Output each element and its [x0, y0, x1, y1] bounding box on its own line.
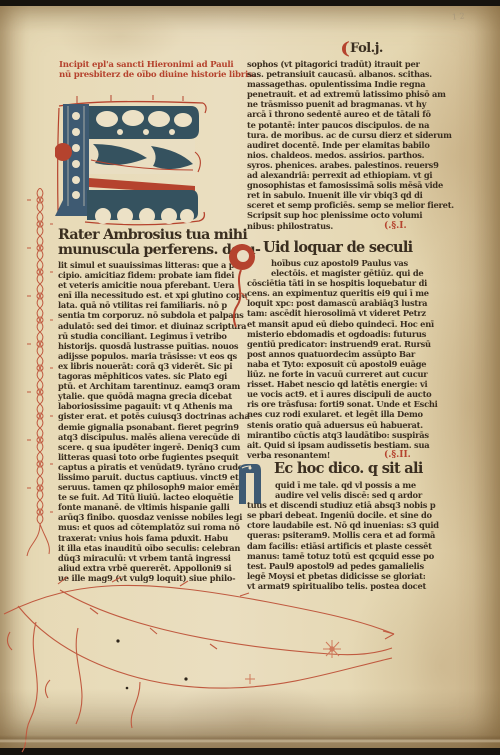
- text-line: massagethas. opulentissima Indie regna: [247, 79, 433, 89]
- text-line: gnosophistas et famosissimā solis mēsā v…: [247, 180, 433, 190]
- text-line: risset. Habet nescio qd latētis energie:…: [247, 379, 433, 389]
- text-line: liūz. ne forte in vacuū curreret aut cuc…: [247, 369, 433, 379]
- left-column-heading: Rater Ambrosius tua mihi munuscula perfe…: [58, 228, 244, 259]
- text-line: et mansit apud eū diebo quindecī. Hoc en…: [247, 319, 433, 329]
- text-line: cens. an expimentuz queritis ei9 qui ī m…: [247, 288, 433, 298]
- text-line: te potantē: inter paucos discipulos. de …: [247, 120, 433, 130]
- text-line: audiret docentē. Inde per elamitas babil…: [247, 140, 433, 150]
- heading-line: munuscula perferens. detu-: [58, 243, 244, 258]
- text-line: queras: psiteram9. Mollis cera et ad for…: [247, 530, 433, 540]
- text-line: tuus et discendi studiuz etiā absq3 nobi…: [247, 500, 433, 510]
- text-line: captus a piratis et venūdat9. tyrāno cru…: [58, 462, 244, 472]
- text-line: mirantibo cūctis atq3 laudātibo: suspirā…: [247, 430, 433, 440]
- text-line: Scripsit sup hoc plenissime octo volumi: [247, 210, 433, 220]
- text-line: nios. chaldeos. medos. assirios. parthos…: [247, 150, 433, 160]
- illuminated-initial-f: [55, 94, 207, 232]
- text-line: cōsciētia tāti in se hospitis loquebatur…: [247, 278, 433, 288]
- text-line: it illa etas inauditū oībo seculis: cele…: [58, 543, 244, 553]
- text-line: audire vel velis discē: sed q ardor: [275, 490, 433, 500]
- text-line: dam facilis: etiāsi artificis et plaste …: [247, 541, 433, 551]
- text-line: stenis oratio quā aduersus eū habuerat.: [247, 420, 433, 430]
- parchment-page: ( Fol.j. 1 2 Incipit epl'a sancti Hieron…: [0, 6, 500, 748]
- text-line: loquit xpc: post damascū arabiāq3 lustra: [247, 298, 433, 308]
- text-line: ytalie. que quōdā magna grecia dicebat: [58, 391, 244, 401]
- folio-mark: ( Fol.j.: [341, 41, 383, 57]
- text-line: fonte mananē. de vltimis hispanie galli: [58, 502, 244, 512]
- text-line: demie gignalia psonabant. fieret pegrin9: [58, 422, 244, 432]
- text-line: ris ore trāsfusa: forti9 sonat. Unde et …: [247, 399, 433, 409]
- text-line: cipio. amicitiaz fidem: probate iam fide…: [58, 270, 244, 280]
- margin-penwork-decoration: [25, 188, 55, 560]
- left-column-text: lit simul et suauissimas litteras: que a…: [58, 260, 244, 583]
- text-line: nes cuz rodi exularet. et legēt illa Dem…: [247, 409, 433, 419]
- text-line: tagoras mēphiticos vates. sic Plato egi: [58, 371, 244, 381]
- incipit-line: nū presbiterz de oībo diuine historie li…: [59, 71, 259, 81]
- text-line: tam: ascēdit hierosolimā vt videret Petr…: [247, 308, 433, 318]
- pencil-annotation: 1 2: [452, 11, 466, 21]
- section-2-heading: Uid loquar de seculi: [247, 239, 433, 256]
- text-line: hoībus cuz apostol9 Paulus vas: [271, 258, 433, 268]
- text-line: ait. Quid si ipsam audissetis bestiam. s…: [247, 440, 433, 450]
- text-line: lissimo paruit. ductus captiuus. vinct9 …: [58, 472, 244, 482]
- text-line: misterio ebdomadis et ogdoadis: futurus: [247, 329, 433, 339]
- text-line: gentiū predicator: instruend9 erat. Rurs…: [247, 339, 433, 349]
- text-line: adulatō: sed dei timor. et diuinaz scrip…: [58, 321, 244, 331]
- heading-line: Ec hoc dico. q sit ali: [274, 460, 433, 477]
- text-line: scere. q sua ipudēter ingerē. Deniq3 cum: [58, 442, 244, 452]
- text-line: electōis. et magister gētiūz. qui de: [271, 268, 433, 278]
- text-line: traxerat: vnius hois fama pduxit. Habu: [58, 533, 244, 543]
- text-line: sentia tm corporuz. nō subdola et palpan…: [58, 310, 244, 320]
- text-line: penetrauit. et ad extremū latissimo phis…: [247, 89, 433, 99]
- right-column-paragraph-1: sophos (vt pitagorici tradūt) itrauit pe…: [247, 59, 433, 231]
- section-mark-2: (.§.II.: [384, 450, 411, 460]
- text-line: ue vocis act9. et ī aures discipuli de a…: [247, 389, 433, 399]
- text-line: se pbari debeat. Ingeniū docile. et sine…: [247, 510, 433, 520]
- right-column-paragraph-2: hoībus cuz apostol9 Paulus vaselectōis. …: [247, 258, 433, 460]
- text-line: ex libris nouerāt: corā q3 viderēt. Sic …: [58, 361, 244, 371]
- text-line: quid ī me tale. qd vl possis a me: [275, 480, 433, 490]
- section-mark-1: (.§.I.: [384, 221, 407, 231]
- book-photograph: { "folio": { "pilcrow": "(", "label": "F…: [0, 0, 500, 755]
- text-line: adijsse populos. maria trāsisse: vt eos …: [58, 351, 244, 361]
- text-line: litteras quasi toto orbe fugientes psequ…: [58, 452, 244, 462]
- text-line: tura. de moribus. ac de cursu dierz et s…: [247, 130, 433, 140]
- text-line: arcā ī throno sedentē aureo et de tātali…: [247, 109, 433, 119]
- section-3-heading: Ec hoc dico. q sit ali: [247, 460, 433, 477]
- text-line: seruus. tamen qz philosoph9 maior emēn: [58, 482, 244, 492]
- text-line: sophos (vt pitagorici tradūt) itrauit pe…: [247, 59, 433, 69]
- rubric-paragraph-icon: (: [340, 41, 350, 57]
- text-line: ne trāsmisso puenit ad bragmanas. vt hy: [247, 99, 433, 109]
- text-line: sceret et semp proficiēs. semp se melior…: [247, 200, 433, 210]
- text-line: lata. quā nō vtilitas rei familiaris. nō…: [58, 300, 244, 310]
- text-line: lit simul et suauissimas litteras: que a…: [58, 260, 244, 270]
- text-line: et veteris amicitie noua pferebant. Uera: [58, 280, 244, 290]
- text-line: atq3 discipulus. malēs aliena verecūde d…: [58, 432, 244, 442]
- text-line: gister erat. et potēs cuiusq3 doctrinas …: [58, 411, 244, 421]
- text-line: laboriosissime pagauit: vt q Athenis ma: [58, 401, 244, 411]
- bottom-penwork-flourish: [0, 562, 400, 755]
- text-line: syros. phenices. arabes. palestinos. reu…: [247, 160, 433, 170]
- text-line: historijs. quosdā lustrasse puītias. nou…: [58, 341, 244, 351]
- text-line: ctore laudabile est. Nō qd inuenias: s3 …: [247, 520, 433, 530]
- text-line: rū studia conciliant. Legimus ī vetribo: [58, 331, 244, 341]
- heading-line: Uid loquar de seculi: [263, 239, 433, 256]
- text-line: ad alexandriā: perrexit ad ethiopiam. vt…: [247, 170, 433, 180]
- text-line: enī illa necessitudo est. et xpi glutino…: [58, 290, 244, 300]
- folio-label: Fol.j.: [350, 41, 383, 57]
- incipit-rubric: Incipit epl'a sancti Hieronimi ad Pauli …: [59, 61, 259, 81]
- text-line: te se fuit. Ad Titū liuiū. lacteo eloquē…: [58, 492, 244, 502]
- text-line: post annos quatuordecim assūpto Bar: [247, 349, 433, 359]
- text-line: ret in sabulo. Inuenit ille vir vbiq3 qd…: [247, 190, 433, 200]
- text-line: ptū. et Architam tarentinuz. eamq3 oram: [58, 381, 244, 391]
- text-line: arūq3 finibo. quosdaz venisse nobiles le…: [58, 512, 244, 522]
- text-line: manus: tamē totuz totū est qcquid esse p…: [247, 551, 433, 561]
- heading-line: Rater Ambrosius tua mihi: [58, 228, 244, 243]
- page-crease-shadow: [0, 735, 500, 743]
- text-line: mus: et quos ad cōtemplatōz sui roma nō: [58, 522, 244, 532]
- text-line: sas. petransiuit caucasū. albanos. scith…: [247, 69, 433, 79]
- text-line: naba et Tyto: exposuit cū apostol9 euāge: [247, 359, 433, 369]
